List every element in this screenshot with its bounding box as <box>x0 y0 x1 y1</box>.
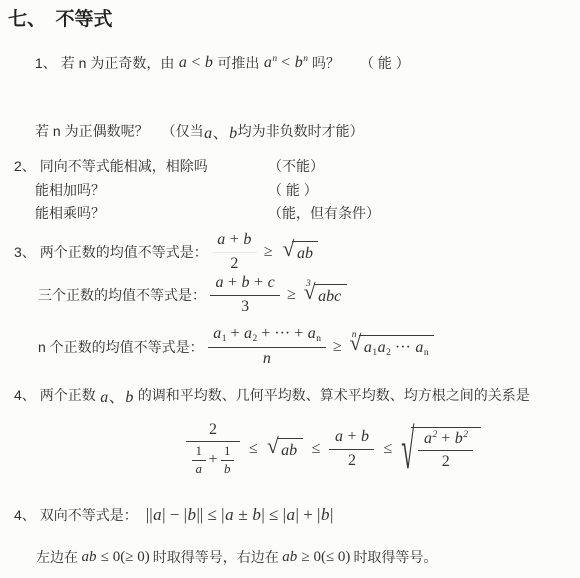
answer-text: （不能） <box>268 156 324 176</box>
equality-condition-line: 左边在 ab ≤ 0(≥ 0) 时取得等号，右边在 ab ≥ 0(≤ 0) 时取… <box>36 545 437 569</box>
plus-sign: + <box>209 451 218 469</box>
bidirectional-inequality-line: 4、 双向不等式是： ||a| − |b|| ≤ |a ± b| ≤ |a| +… <box>14 500 333 530</box>
answer-line: （能，但有条件） <box>268 202 380 224</box>
fraction-1-over-b: 1 b <box>221 444 235 477</box>
means-chain-formula: 2 1 a + 1 b ≤ √ ab ≤ a + b 2 ≤ <box>183 410 484 488</box>
item-number: 4、 <box>14 505 36 525</box>
mean-inequality-3-line: 三个正数的均值不等式是： a + b + c 3 ≥ 3 √ abc <box>38 272 350 318</box>
root-index: n <box>352 330 357 340</box>
radical-sign: √ <box>283 239 295 261</box>
answer-text: （ 能 ） <box>268 180 318 200</box>
note-text: 时取得等号，右边在 <box>153 547 279 567</box>
document-page: 七、 不等式 1、 若 n 为正奇数，由 a < b 可推出 an < bn 吗… <box>0 0 580 578</box>
ge-symbol: ≥ <box>287 286 296 304</box>
cube-root-abc: 3 √ abc <box>306 284 347 306</box>
le-symbol: ≤ <box>383 440 392 458</box>
question-text: 若 n 为正偶数呢？ <box>35 121 149 141</box>
nth-root-product: n √ a1a2 ··· an <box>352 335 434 359</box>
statement-text: 的调和平均数、几何平均数、算术平均数、均方根之间的关系是 <box>138 385 530 405</box>
condition-left: ab ≤ 0(≥ 0) <box>81 549 150 566</box>
formula-a-b: a、b <box>204 120 238 143</box>
question-text: 若 n 为正奇数，由 <box>61 53 175 73</box>
sqrt-ab: √ ab <box>283 241 319 263</box>
statement-text: 两个正数 <box>40 385 96 405</box>
fraction-sum-over-n: a1 + a2 + ··· + an n <box>208 325 326 368</box>
root-mean-square-radical: √ a2 + b2 2 <box>401 427 481 472</box>
item-number: 4、 <box>14 385 36 405</box>
mean-inequality-2-line: 3、 两个正数的均值不等式是： a + b 2 ≥ √ ab <box>14 226 321 278</box>
label-text: 三个正数的均值不等式是： <box>38 285 206 305</box>
question-text: 能相加吗？ <box>35 180 105 200</box>
note-text: 时取得等号。 <box>353 547 437 567</box>
question-text: 能相乘吗？ <box>35 203 105 223</box>
root-index: 3 <box>306 279 311 289</box>
page-title: 七、 不等式 <box>8 4 113 31</box>
formula-a-b: a、b <box>100 384 134 407</box>
item-number: 2、 <box>14 156 36 176</box>
abs-value-inequality: ||a| − |b|| ≤ |a ± b| ≤ |a| + |b| <box>146 505 334 525</box>
answer-line: （不能） <box>268 155 324 177</box>
ge-symbol: ≥ <box>264 243 273 261</box>
le-symbol: ≤ <box>312 440 321 458</box>
answer-text: （ 能 ） <box>360 53 410 73</box>
fraction-a-plus-b-over-2: a + b 2 <box>212 231 257 273</box>
answer-line: （ 能 ） <box>268 179 318 201</box>
answer-text: （能，但有条件） <box>268 203 380 223</box>
fraction-squares-over-2: a2 + b2 2 <box>418 430 473 472</box>
question-text: 可推出 <box>217 53 259 73</box>
note-text: 左边在 <box>36 547 78 567</box>
harmonic-mean-fraction: 2 1 a + 1 b <box>186 421 240 477</box>
ge-symbol: ≥ <box>333 338 342 356</box>
means-relation-line: 4、 两个正数 a、b 的调和平均数、几何平均数、算术平均数、均方根之间的关系是 <box>14 383 530 407</box>
question-2-line: 2、 同向不等式能相减，相除吗 <box>14 155 208 177</box>
mean-inequality-n-line: n 个正数的均值不等式是： a1 + a2 + ··· + an n ≥ n √… <box>38 322 437 372</box>
item-number: 1、 <box>35 53 57 73</box>
label-text: n 个正数的均值不等式是： <box>38 337 204 357</box>
radical-sign: √ <box>267 436 279 458</box>
fraction-abc-over-3: a + b + c 3 <box>210 274 280 316</box>
question-text: 吗？ <box>312 53 340 73</box>
arithmetic-mean-fraction: a + b 2 <box>329 428 374 470</box>
question-text: 同向不等式能相减，相除吗 <box>40 156 208 176</box>
formula-an-lt-bn: an < bn <box>263 54 308 72</box>
question-1-line: 1、 若 n 为正奇数，由 a < b 可推出 an < bn 吗？ （ 能 ） <box>35 51 410 75</box>
label-text: 双向不等式是： <box>40 505 138 525</box>
formula-a-lt-b: a < b <box>178 54 213 72</box>
fraction-1-over-a: 1 a <box>192 444 206 477</box>
condition-right: ab ≥ 0(≤ 0) <box>282 549 351 566</box>
question-2c-line: 能相乘吗？ <box>35 202 105 224</box>
question-2b-line: 能相加吗？ <box>35 179 105 201</box>
sqrt-ab: √ ab <box>267 438 303 460</box>
answer-text: 均为非负数时才能） <box>238 121 364 141</box>
answer-text: （仅当 <box>162 121 204 141</box>
radical-sign: √ <box>401 423 414 479</box>
le-symbol: ≤ <box>249 440 258 458</box>
item-number: 3、 <box>14 242 36 262</box>
label-text: 两个正数的均值不等式是： <box>40 242 208 262</box>
question-1b-line: 若 n 为正偶数呢？ （仅当 a、b 均为非负数时才能） <box>35 119 364 143</box>
